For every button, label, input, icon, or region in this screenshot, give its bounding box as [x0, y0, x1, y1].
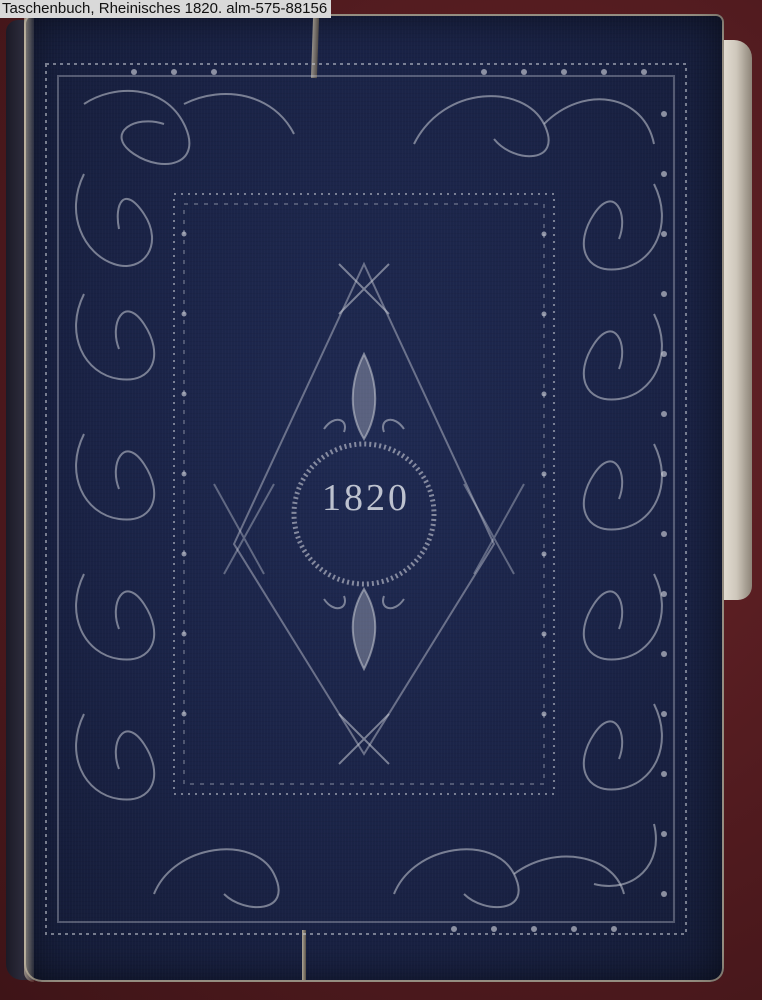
image-caption: Taschenbuch, Rheinisches 1820. alm-575-8…: [0, 0, 331, 18]
cover-year: 1820: [296, 476, 436, 520]
